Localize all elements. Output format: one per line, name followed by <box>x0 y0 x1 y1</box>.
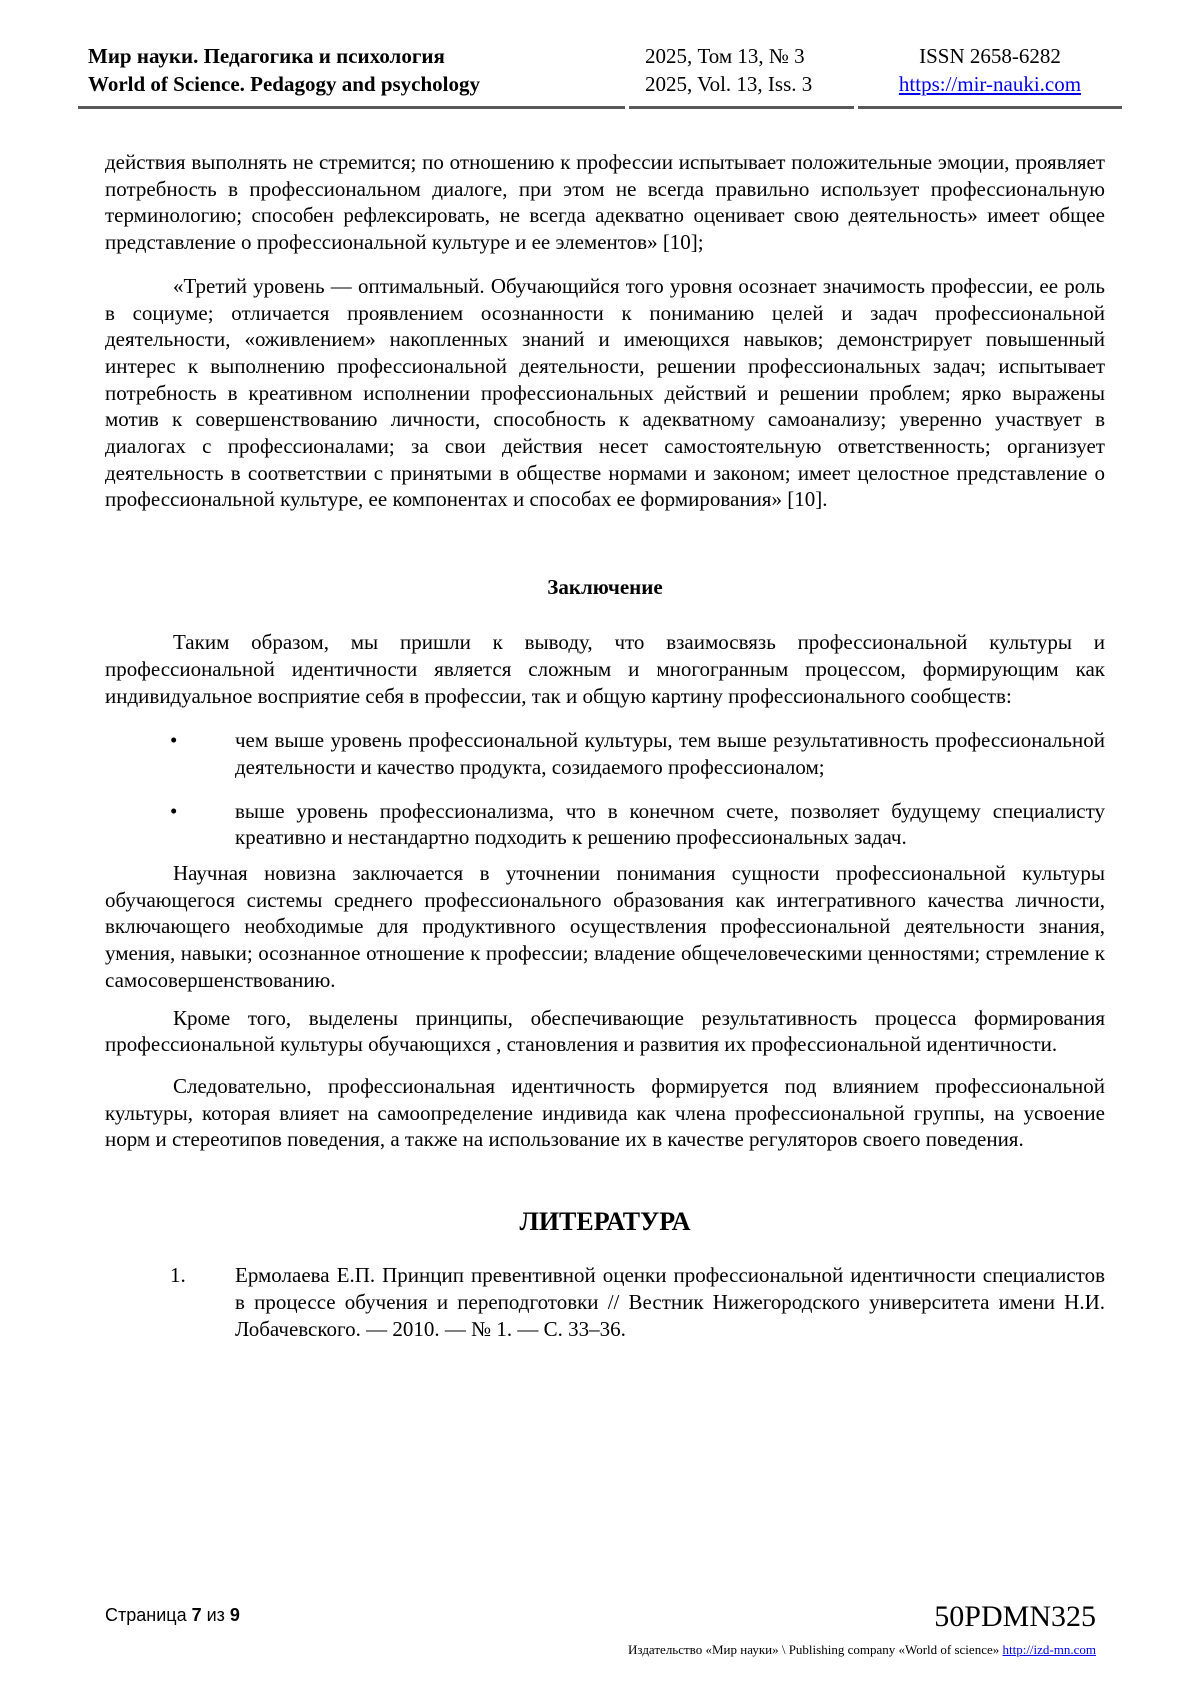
reference-text: Ермолаева Е.П. Принцип превентивной оцен… <box>235 1262 1105 1342</box>
literature-heading: ЛИТЕРАТУРА <box>105 1205 1105 1239</box>
page-number-line: Страница7из9 <box>105 1603 245 1628</box>
bullet-icon: • <box>170 798 235 825</box>
reference-item: 1. Ермолаева Е.П. Принцип превентивной о… <box>105 1262 1105 1342</box>
publisher-text: Издательство «Мир науки» \ Publishing co… <box>628 1642 999 1657</box>
bullet-icon: • <box>170 727 235 754</box>
paragraph-continuation: действия выполнять не стремится; по отно… <box>105 149 1105 256</box>
issn-block: ISSN 2658-6282 https://mir-nauki.com <box>858 42 1122 109</box>
paragraph-principles: Кроме того, выделены принципы, обеспечив… <box>105 1005 1105 1058</box>
article-body: действия выполнять не стремится; по отно… <box>105 111 1105 1342</box>
page-header: Мир науки. Педагогика и психология World… <box>78 0 1122 109</box>
journal-title-en: World of Science. Pedagogy and psycholog… <box>88 70 625 98</box>
page-current: 7 <box>192 1605 202 1625</box>
publisher-site-link[interactable]: http://izd-mn.com <box>1002 1642 1096 1657</box>
reference-list: 1. Ермолаева Е.П. Принцип превентивной о… <box>105 1262 1105 1342</box>
bullet-text: чем выше уровень профессиональной культу… <box>235 727 1105 780</box>
issue-en: 2025, Vol. 13, Iss. 3 <box>645 70 854 98</box>
list-item: • выше уровень профессионализма, что в к… <box>105 798 1105 851</box>
conclusion-heading: Заключение <box>105 574 1105 601</box>
article-code: 50PDMN325 <box>934 1600 1096 1634</box>
issn-number: ISSN 2658-6282 <box>858 42 1122 70</box>
page-of-label: из <box>207 1605 225 1625</box>
paragraph-consequently: Следовательно, профессиональная идентичн… <box>105 1073 1105 1153</box>
bullet-text: выше уровень профессионализма, что в кон… <box>235 798 1105 851</box>
publisher-line: Издательство «Мир науки» \ Publishing co… <box>628 1641 1096 1658</box>
page-total: 9 <box>230 1605 240 1625</box>
issue-ru: 2025, Том 13, № 3 <box>645 42 854 70</box>
reference-number: 1. <box>170 1262 235 1289</box>
journal-title-block: Мир науки. Педагогика и психология World… <box>78 42 625 109</box>
paragraph-conclusion-intro: Таким образом, мы пришли к выводу, что в… <box>105 629 1105 709</box>
page-label: Страница <box>105 1605 187 1625</box>
journal-title-ru: Мир науки. Педагогика и психология <box>88 42 625 70</box>
paragraph-third-level: «Третий уровень — оптимальный. Обучающий… <box>105 273 1105 513</box>
issue-info-block: 2025, Том 13, № 3 2025, Vol. 13, Iss. 3 <box>629 42 854 109</box>
paragraph-novelty: Научная новизна заключается в уточнении … <box>105 860 1105 994</box>
conclusion-bullet-list: • чем выше уровень профессиональной куль… <box>105 727 1105 851</box>
journal-page: Мир науки. Педагогика и психология World… <box>0 0 1200 1697</box>
journal-site-link[interactable]: https://mir-nauki.com <box>899 72 1081 96</box>
list-item: • чем выше уровень профессиональной куль… <box>105 727 1105 780</box>
